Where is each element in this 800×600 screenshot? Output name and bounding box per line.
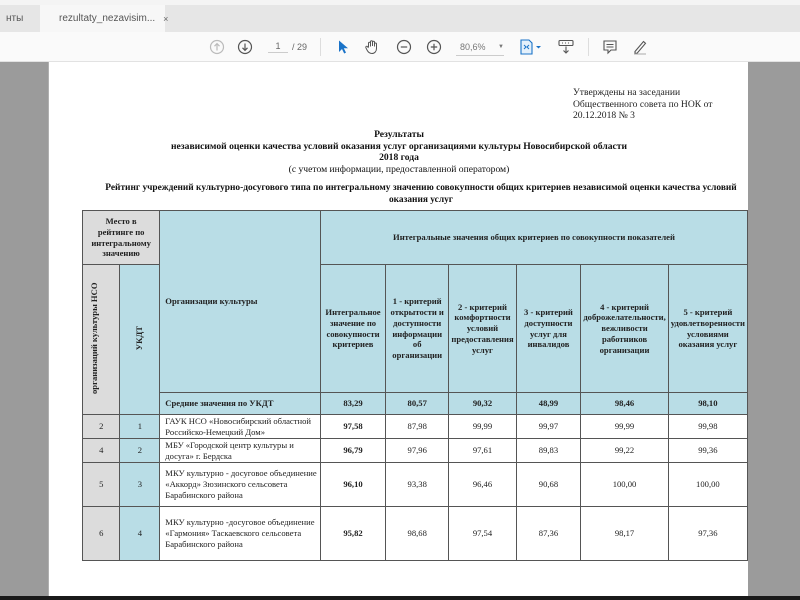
rank-ukdt: 3: [120, 463, 160, 507]
document-year: 2018 года: [49, 152, 749, 164]
minus-circle-icon: [396, 39, 412, 55]
header-ukdt-label: УКДТ: [134, 326, 145, 350]
criterion-value: 100,00: [581, 463, 668, 507]
organization-name: МКУ культурно - досуговое объединение «А…: [160, 463, 321, 507]
zoom-out-button[interactable]: [394, 37, 414, 57]
organization-name: МКУ культурно -досуговое объединение «Га…: [160, 507, 321, 561]
organization-name: МБУ «Городской центр культуры и досуга» …: [160, 439, 321, 463]
criterion-value: 96,46: [449, 463, 516, 507]
comment-button[interactable]: [600, 37, 620, 57]
criterion-value: 99,98: [668, 415, 747, 439]
criterion-value: 99,22: [581, 439, 668, 463]
criterion-value: 89,83: [516, 439, 581, 463]
toolbar-divider: [588, 38, 589, 56]
average-value: 48,99: [516, 393, 581, 415]
rank-nso: 5: [83, 463, 120, 507]
criterion-value: 93,38: [386, 463, 449, 507]
pdf-toolbar: 1 / 29 80,6% ▼: [0, 32, 800, 62]
criterion-value: 97,96: [386, 439, 449, 463]
criterion-value: 90,68: [516, 463, 581, 507]
tab-active-document[interactable]: rezultaty_nezavisim... ×: [40, 5, 165, 32]
header-criterion-1: 1 - критерий открытости и доступности ин…: [386, 265, 449, 393]
criterion-value: 99,97: [516, 415, 581, 439]
criterion-value: 97,36: [668, 507, 747, 561]
integral-value: 96,79: [320, 439, 385, 463]
approval-line: 20.12.2018 № 3: [573, 110, 712, 122]
total-pages: / 29: [292, 42, 307, 52]
speech-bubble-icon: [602, 39, 618, 55]
chevron-down-icon: ▼: [498, 44, 504, 50]
average-value: 83,29: [320, 393, 385, 415]
table-row: 42МБУ «Городской центр культуры и досуга…: [83, 439, 748, 463]
average-label: Средние значения по УКДТ: [160, 393, 321, 415]
document-subtitle: независимой оценки качества условий оказ…: [49, 141, 749, 153]
plus-circle-icon: [426, 39, 442, 55]
header-criterion-3: 3 - критерий доступности услуг для инвал…: [516, 265, 581, 393]
toolbar-divider: [320, 38, 321, 56]
rank-ukdt: 4: [120, 507, 160, 561]
pen-icon: [632, 39, 648, 55]
integral-value: 97,58: [320, 415, 385, 439]
tab-bar: нты rezultaty_nezavisim... ×: [0, 5, 800, 32]
integral-value: 95,82: [320, 507, 385, 561]
document-viewer[interactable]: Утверждены на заседании Общественного со…: [0, 62, 800, 596]
average-value: 90,32: [449, 393, 516, 415]
tab-label: нты: [6, 13, 23, 24]
average-value: 98,46: [581, 393, 668, 415]
header-criterion-5: 5 - критерий удовлетворенности условиями…: [668, 265, 747, 393]
next-page-button[interactable]: [235, 37, 255, 57]
approval-note: Утверждены на заседании Общественного со…: [573, 87, 712, 122]
criterion-value: 87,98: [386, 415, 449, 439]
table-row: 53МКУ культурно - досуговое объединение …: [83, 463, 748, 507]
rank-nso: 6: [83, 507, 120, 561]
criterion-value: 98,17: [581, 507, 668, 561]
header-organizations: Организации культуры: [160, 211, 321, 393]
document-note: (с учетом информации, предоставленной оп…: [49, 164, 749, 176]
results-table: Место в рейтинге по интегральному значен…: [82, 210, 748, 561]
header-nso: организаций культуры НСО: [83, 265, 120, 415]
criterion-value: 87,36: [516, 507, 581, 561]
hand-icon: [364, 39, 380, 55]
header-criteria-group: Интегральные значения общих критериев по…: [320, 211, 747, 265]
zoom-level-select[interactable]: 80,6% ▼: [456, 38, 504, 56]
integral-value: 96,10: [320, 463, 385, 507]
header-criterion-0: Интегральное значение по совокупности кр…: [320, 265, 385, 393]
highlight-button[interactable]: [630, 37, 650, 57]
page-fit-icon: [519, 39, 543, 55]
criterion-value: 99,99: [581, 415, 668, 439]
approval-line: Утверждены на заседании: [573, 87, 712, 99]
header-criterion-4: 4 - критерий доброжелательности, вежливо…: [581, 265, 668, 393]
header-criterion-2: 2 - критерий комфортности условий предос…: [449, 265, 516, 393]
taskbar-edge: [0, 596, 800, 600]
table-row: 21ГАУК НСО «Новосибирский областной Росс…: [83, 415, 748, 439]
criterion-value: 97,54: [449, 507, 516, 561]
close-icon[interactable]: ×: [163, 14, 168, 24]
header-place: Место в рейтинге по интегральному значен…: [83, 211, 160, 265]
criterion-value: 99,99: [449, 415, 516, 439]
scroll-mode-icon: [557, 39, 575, 55]
hand-tool-button[interactable]: [362, 37, 382, 57]
header-ukdt: УКДТ: [120, 265, 160, 415]
organization-name: ГАУК НСО «Новосибирский областной Россий…: [160, 415, 321, 439]
rank-ukdt: 1: [120, 415, 160, 439]
criterion-value: 98,68: [386, 507, 449, 561]
zoom-level-value: 80,6%: [460, 42, 486, 52]
table-row: 64МКУ культурно -досуговое объединение «…: [83, 507, 748, 561]
criterion-value: 100,00: [668, 463, 747, 507]
arrow-up-circle-icon: [209, 39, 225, 55]
pdf-page: Утверждены на заседании Общественного со…: [48, 62, 748, 596]
header-nso-label: организаций культуры НСО: [89, 282, 113, 394]
average-value: 80,57: [386, 393, 449, 415]
page-fit-button[interactable]: [518, 37, 544, 57]
average-value: 98,10: [668, 393, 747, 415]
criterion-value: 99,36: [668, 439, 747, 463]
criterion-value: 97,61: [449, 439, 516, 463]
current-page-input[interactable]: 1: [268, 41, 288, 53]
arrow-down-circle-icon: [237, 39, 253, 55]
document-title: Результаты: [49, 129, 749, 141]
select-tool-button[interactable]: [334, 37, 352, 57]
previous-page-button[interactable]: [207, 37, 227, 57]
approval-line: Общественного совета по НОК от: [573, 99, 712, 111]
rank-nso: 2: [83, 415, 120, 439]
rank-nso: 4: [83, 439, 120, 463]
tab-label: rezultaty_nezavisim...: [59, 13, 155, 24]
zoom-in-button[interactable]: [424, 37, 444, 57]
page-navigator: 1 / 29: [268, 38, 328, 56]
cursor-arrow-icon: [336, 39, 350, 55]
document-title-block: Результаты независимой оценки качества у…: [49, 129, 749, 175]
rank-ukdt: 2: [120, 439, 160, 463]
scroll-mode-button[interactable]: [556, 37, 576, 57]
tab-previous[interactable]: нты: [0, 5, 40, 32]
rating-title: Рейтинг учреждений культурно-досугового …: [101, 183, 741, 206]
